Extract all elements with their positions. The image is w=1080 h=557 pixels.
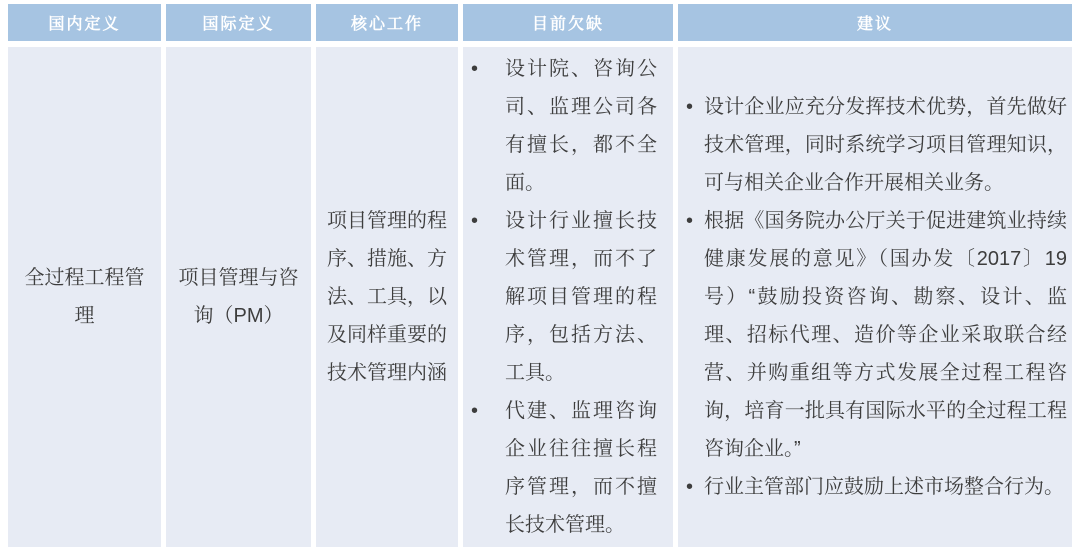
header-suggestions: 建议 [678,4,1072,41]
cell-core-work: 项目管理的程序、措施、方法、工具，以及同样重要的技术管理内涵 [316,47,458,547]
header-core-work: 核心工作 [316,4,458,41]
suggestion-item-text: 设计企业应充分发挥技术优势，首先做好技术管理，同时系统学习项目管理知识，可与相关… [704,88,1067,202]
bullet-icon: • [686,468,704,506]
header-international-definition: 国际定义 [166,4,311,41]
gap-item-text: 代建、监理咨询企业往往擅长程序管理，而不擅长技术管理。 [505,392,657,544]
cell-international-definition: 项目管理与咨询（PM） [166,47,311,547]
bullet-icon: • [686,202,704,240]
cell-suggestions: • 设计企业应充分发挥技术优势，首先做好技术管理，同时系统学习项目管理知识，可与… [678,47,1072,547]
bullet-icon: • [471,50,505,88]
list-item: • 代建、监理咨询企业往往擅长程序管理，而不擅长技术管理。 [471,392,673,544]
list-item: • 根据《国务院办公厅关于促进建筑业持续健康发展的意见》（国办发〔2017〕19… [686,202,1072,468]
cell-domestic-definition: 全过程工程管理 [8,47,161,547]
header-domestic-definition: 国内定义 [8,4,161,41]
list-item: • 行业主管部门应鼓励上述市场整合行为。 [686,468,1072,506]
suggestions-list: • 设计企业应充分发挥技术优势，首先做好技术管理，同时系统学习项目管理知识，可与… [678,88,1072,506]
gap-item-text: 设计院、咨询公司、监理公司各有擅长，都不全面。 [505,50,657,202]
gap-item-text: 设计行业擅长技术管理，而不了解项目管理的程序，包括方法、工具。 [505,202,657,392]
table-body-row: 全过程工程管理 项目管理与咨询（PM） 项目管理的程序、措施、方法、工具，以及同… [8,47,1072,547]
list-item: • 设计院、咨询公司、监理公司各有擅长，都不全面。 [471,50,673,202]
comparison-table: 国内定义 国际定义 核心工作 目前欠缺 建议 全过程工程管理 项目管理与咨询（P… [8,4,1072,547]
bullet-icon: • [471,202,505,240]
header-current-gaps: 目前欠缺 [463,4,673,41]
page: 国内定义 国际定义 核心工作 目前欠缺 建议 全过程工程管理 项目管理与咨询（P… [0,0,1080,557]
list-item: • 设计行业擅长技术管理，而不了解项目管理的程序，包括方法、工具。 [471,202,673,392]
current-gaps-list: • 设计院、咨询公司、监理公司各有擅长，都不全面。 • 设计行业擅长技术管理，而… [463,50,673,544]
suggestion-item-text: 行业主管部门应鼓励上述市场整合行为。 [704,468,1067,506]
suggestion-item-text: 根据《国务院办公厅关于促进建筑业持续健康发展的意见》（国办发〔2017〕19号）… [704,202,1067,468]
table-header-row: 国内定义 国际定义 核心工作 目前欠缺 建议 [8,4,1072,41]
bullet-icon: • [471,392,505,430]
list-item: • 设计企业应充分发挥技术优势，首先做好技术管理，同时系统学习项目管理知识，可与… [686,88,1072,202]
cell-current-gaps: • 设计院、咨询公司、监理公司各有擅长，都不全面。 • 设计行业擅长技术管理，而… [463,47,673,547]
bullet-icon: • [686,88,704,126]
